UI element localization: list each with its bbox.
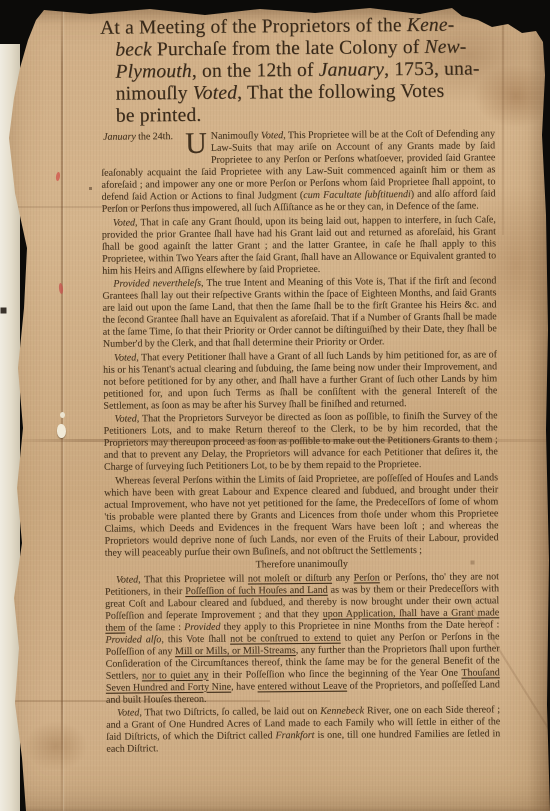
text-segment: , That every Petitioner ſhall have a Gra… — [103, 349, 497, 411]
text-segment: nor to quiet any — [142, 669, 209, 681]
text-segment: entered without Leave — [257, 680, 347, 692]
red-ink-mark — [55, 172, 60, 181]
dirt-specks — [0, 0, 1, 1]
text-segment: Voted — [117, 707, 139, 718]
text-segment: Frankfort — [275, 730, 314, 741]
text-segment: Kennebeck — [320, 705, 364, 716]
text-segment: Therefore unanimouſly — [256, 559, 348, 571]
text-segment: Nanimouſly — [211, 130, 261, 141]
text-segment: Provided alſo — [105, 634, 161, 645]
text-segment: Mill or Mills, or Mill-Streams — [175, 645, 296, 657]
text-segment: Whereas ſeveral Perſons within the Limit… — [104, 472, 498, 558]
paragraph: January the 24th.UNanimouſly Voted, This… — [101, 128, 496, 215]
text-segment: be printed. — [116, 105, 202, 127]
text-segment: , have — [231, 681, 258, 692]
text-segment: Perſon — [354, 572, 380, 583]
text-segment: in their Poſſeſſion who ſince the beginn… — [208, 667, 461, 680]
text-segment: Purchaſe from the late Colony of — [157, 37, 425, 60]
paper-chip-small — [60, 412, 65, 418]
paragraph: Voted, That two Diſtricts, ſo called, be… — [106, 704, 500, 755]
text-segment: January — [319, 59, 384, 81]
title-line: nimouſly Voted, That the following Votes — [101, 80, 495, 105]
text-segment: nimouſly — [116, 83, 193, 105]
text-segment: the 24th. — [136, 131, 173, 142]
text-segment: Voted — [116, 574, 138, 585]
text-segment: Voted — [114, 413, 136, 424]
text-segment: Provided — [184, 621, 220, 632]
paragraph: Voted, That this Proprietee will not mol… — [105, 571, 500, 706]
text-segment: Poſſeſſion of ſuch Houſes and Land — [185, 584, 328, 596]
text-segment: Voted — [113, 217, 135, 228]
text-segment: beck — [115, 39, 157, 60]
text-segment: New- — [424, 37, 466, 58]
text-segment: of the ſame : — [125, 622, 184, 634]
text-segment: , That the Proprietors Surveyor be direc… — [104, 410, 498, 472]
vertical-fold-crease — [61, 0, 63, 811]
text-segment: not be conſtrued to extend — [230, 632, 341, 644]
text-segment: , this Vote ſhall — [161, 633, 230, 645]
paragraph: Voted, That in caſe any Grant ſhould, up… — [102, 214, 497, 277]
dateline: January the 24th. — [103, 131, 173, 144]
paragraph: Voted, That every Petitioner ſhall have … — [103, 349, 498, 412]
text-segment: , 1753, una- — [384, 58, 480, 80]
right-fold-crease — [502, 0, 504, 235]
text-segment: Voted — [114, 352, 136, 363]
text-segment: not moleſt or diſturb — [248, 572, 332, 584]
paragraph: Voted, That the Proprietors Surveyor be … — [103, 410, 498, 473]
text-segment: , That in caſe any Grant ſhould, upon it… — [102, 214, 496, 276]
text-segment: Plymouth — [115, 61, 192, 83]
text-segment: , on the 12th of — [192, 60, 319, 82]
text-segment: cum Facultate ſubſtituendi — [303, 189, 411, 201]
text-segment: Voted — [193, 83, 238, 104]
paragraph: Provided nevertheleſs, The true Intent a… — [102, 275, 497, 350]
text-segment: , That the following Votes — [237, 81, 444, 104]
drop-cap: U — [185, 131, 211, 156]
text-segment: Kene- — [407, 15, 455, 36]
broadside-paper: At a Meeting of the Proprietors of the K… — [0, 0, 550, 811]
text-segment: , That two Diſtricts, ſo called, be laid… — [139, 706, 320, 719]
paragraph: Whereas ſeveral Perſons within the Limit… — [104, 472, 499, 559]
photo-background: At a Meeting of the Proprietors of the K… — [0, 0, 550, 811]
document-title: At a Meeting of the Proprietors of the K… — [100, 14, 495, 127]
text-segment: Provided nevertheleſs — [113, 278, 201, 290]
text-segment: Voted — [261, 130, 283, 141]
title-line: be printed. — [101, 102, 495, 127]
document-body: January the 24th.UNanimouſly Voted, This… — [101, 128, 500, 755]
text-segment: , That this Proprietee will — [138, 573, 248, 585]
text-segment: any — [332, 572, 354, 583]
text-segment: January — [103, 131, 136, 142]
paper-chip — [57, 424, 66, 438]
text-segment: At a Meeting of the Proprietors of the — [100, 15, 407, 39]
document-text: At a Meeting of the Proprietors of the K… — [100, 14, 500, 755]
